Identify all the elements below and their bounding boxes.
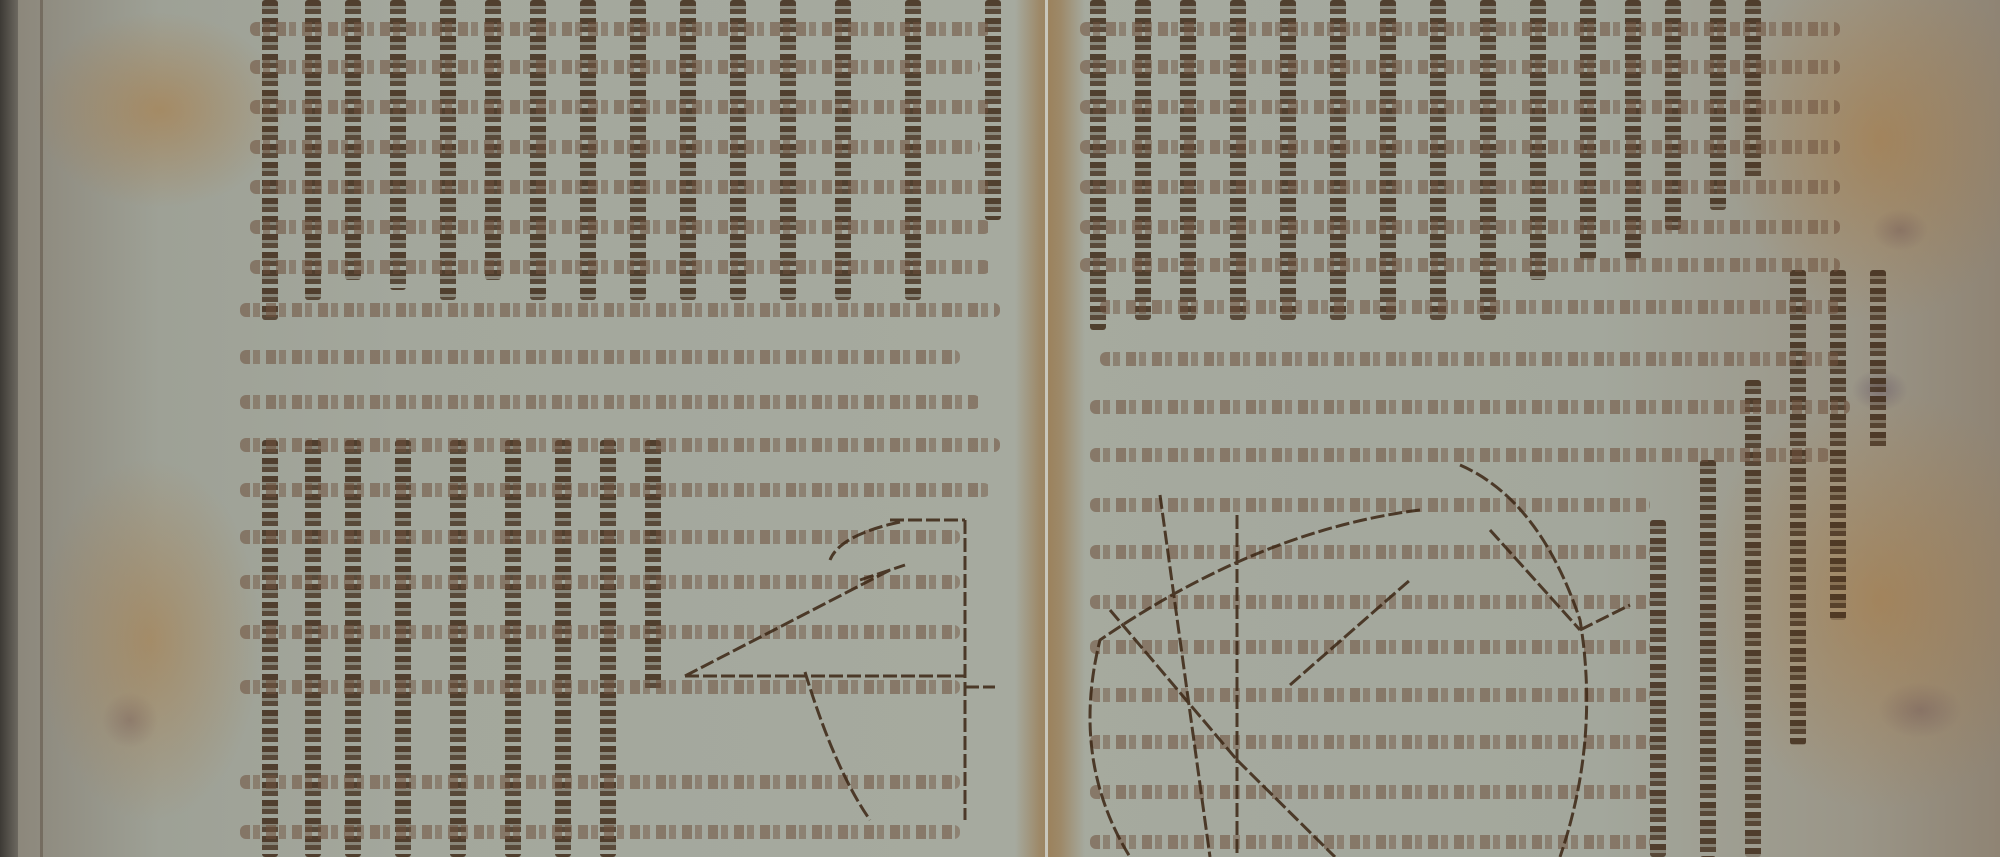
geometric-diagrams bbox=[0, 0, 2000, 857]
manuscript-photo bbox=[0, 0, 2000, 857]
